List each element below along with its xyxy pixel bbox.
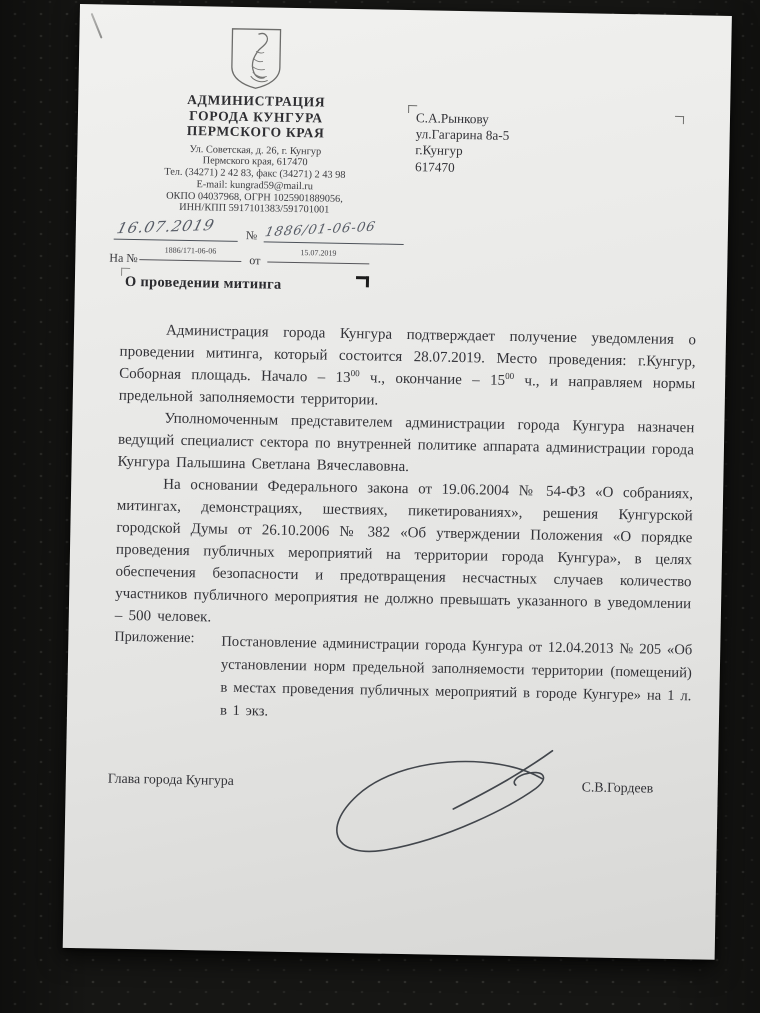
subject-line: О проведении митинга: [125, 274, 282, 294]
outgoing-number-handwritten: 1886/01-06-06: [264, 220, 378, 240]
attachment-text: Постановление администрации города Кунгу…: [220, 631, 693, 732]
reply-number-field: 1886/171-06-06: [139, 243, 241, 262]
letterhead: АДМИНИСТРАЦИЯГОРОДА КУНГУРАПЕРМСКОГО КРА…: [104, 90, 406, 218]
body-paragraph: На основании Федерального закона от 19.0…: [115, 473, 694, 638]
body-text: Администрация города Кунгура подтверждае…: [115, 319, 697, 638]
paper-sheet: АДМИНИСТРАЦИЯГОРОДА КУНГУРАПЕРМСКОГО КРА…: [63, 4, 732, 960]
outgoing-date-handwritten: 16.07.2019: [115, 216, 217, 237]
body-paragraph: Уполномоченным представителем администра…: [117, 407, 694, 484]
recipient-block: С.А.Рынковуул.Гагарина 8а-5г.Кунгур61747…: [415, 110, 510, 177]
signer-position-title: Глава города Кунгура: [108, 771, 234, 789]
outgoing-number-field: 1886/01-06-06: [264, 211, 405, 245]
body-paragraph: Администрация города Кунгура подтверждае…: [119, 319, 697, 418]
org-contact-lines: Ул. Советская, д. 26, г. КунгурПермского…: [104, 142, 405, 218]
org-name: АДМИНИСТРАЦИЯГОРОДА КУНГУРАПЕРМСКОГО КРА…: [106, 90, 407, 142]
kungur-coat-of-arms-icon: [228, 27, 283, 92]
signer-name: С.В.Гордеев: [582, 779, 654, 796]
photo-background: АДМИНИСТРАЦИЯГОРОДА КУНГУРАПЕРМСКОГО КРА…: [0, 0, 760, 1013]
reply-date-value: 15.07.2019: [300, 248, 336, 258]
reply-from-label: от: [249, 253, 260, 268]
reply-reference-label: На №: [109, 251, 138, 267]
attachment-label: Приложение:: [113, 629, 222, 723]
number-sign: №: [246, 228, 258, 243]
reply-number-value: 1886/171-06-06: [165, 246, 217, 256]
signature-stroke-icon: [314, 736, 563, 888]
recipient-line: г.Кунгур: [415, 143, 509, 161]
recipient-line: ул.Гагарина 8а-5: [416, 126, 510, 144]
attachment-row: Приложение: Постановление администрации …: [113, 629, 693, 732]
subject-crop-mark-right: [356, 276, 369, 287]
pen-scratch-mark: [91, 13, 103, 39]
outgoing-date-field: 16.07.2019: [114, 211, 239, 242]
reply-date-field: 15.07.2019: [267, 245, 369, 264]
recipient-line: С.А.Рынкову: [416, 110, 510, 128]
recipient-line: 617470: [415, 159, 509, 177]
recipient-crop-mark-right: [675, 116, 684, 124]
